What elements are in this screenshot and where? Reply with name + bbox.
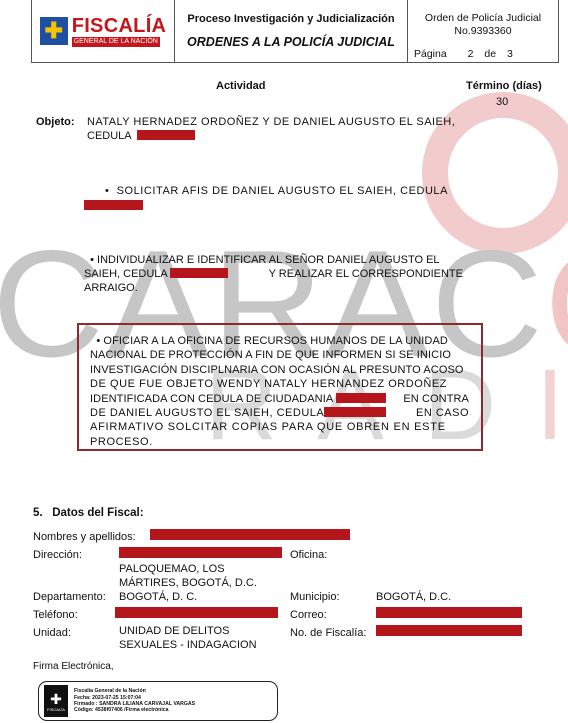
signature-line-4: Código: 4538f07406 /Firma electrónica: [74, 707, 195, 713]
department-label: Departamento:: [33, 590, 106, 604]
page-current: 2: [468, 48, 474, 60]
redaction-bar: [376, 607, 522, 618]
redaction-bar: [376, 625, 522, 636]
redaction-bar: [170, 268, 228, 278]
redaction-bar: [84, 200, 143, 210]
fiscalia-logo: ✚ FISCALÍA GENERAL DE LA NACIÓN: [32, 0, 175, 62]
object-line-2: CEDULA: [87, 129, 195, 143]
address-value: PALOQUEMAO, LOS MÁRTIRES, BOGOTÁ, D.C.: [119, 562, 257, 590]
logo-subtitle: GENERAL DE LA NACIÓN: [72, 37, 160, 47]
activity-item-oficiar-box: • OFICIAR A LA OFICINA DE RECURSOS HUMAN…: [77, 323, 483, 451]
redaction-bar: [150, 529, 350, 540]
object-label: Objeto:: [36, 115, 75, 129]
order-label: Orden de Policía Judicial: [408, 12, 558, 25]
page-total: 3: [507, 48, 513, 60]
signature-label: Firma Electrónica,: [33, 660, 114, 674]
logo-brand: FISCALÍA: [72, 16, 167, 36]
activity-column-header: Actividad: [216, 79, 266, 93]
puzzle-piece-icon: ✚: [40, 17, 68, 45]
page-label: Página: [414, 48, 447, 60]
process-name: Proceso Investigación y Judicialización: [187, 13, 394, 25]
unit-value: UNIDAD DE DELITOS SEXUALES - INDAGACION: [119, 624, 257, 652]
unit-label: Unidad:: [33, 626, 71, 640]
municipality-label: Municipio:: [290, 590, 340, 604]
electronic-signature-stamp: ✚ FISCALÍA Fiscalía General de la Nación…: [38, 681, 278, 721]
redaction-bar: [336, 393, 386, 403]
activity-item-individualizar: • INDIVIDUALIZAR E IDENTIFICAR AL SEÑOR …: [84, 253, 463, 295]
department-value: BOGOTÁ, D. C.: [119, 590, 197, 604]
fiscalia-number-label: No. de Fiscalía:: [290, 626, 366, 640]
fiscalia-seal-icon: ✚ FISCALÍA: [44, 685, 68, 717]
document-title: ORDENES A LA POLICÍA JUDICIAL: [187, 35, 395, 49]
term-value: 30: [496, 95, 508, 109]
term-column-header: Término (días): [466, 79, 542, 93]
object-line-1: NATALY HERNADEZ ORDOÑEZ Y DE DANIEL AUGU…: [87, 115, 455, 129]
phone-label: Teléfono:: [33, 608, 78, 622]
section-heading: 5. Datos del Fiscal:: [33, 506, 144, 520]
name-label: Nombres y apellidos:: [33, 530, 136, 544]
redaction-bar: [115, 607, 278, 618]
office-label: Oficina:: [290, 548, 327, 562]
address-label: Dirección:: [33, 548, 82, 562]
redaction-bar: [119, 547, 282, 558]
document-header: ✚ FISCALÍA GENERAL DE LA NACIÓN Proceso …: [31, 0, 559, 63]
activity-item-afis: • SOLICITAR AFIS DE DANIEL AUGUSTO EL SA…: [105, 184, 448, 198]
municipality-value: BOGOTÁ, D.C.: [376, 590, 451, 604]
page-of: de: [484, 48, 496, 60]
redaction-bar: [324, 407, 386, 417]
order-number: No.9393360: [408, 25, 558, 38]
redaction-bar: [137, 130, 195, 140]
page-indicator: Página 2 de 3: [414, 48, 513, 60]
email-label: Correo:: [290, 608, 327, 622]
